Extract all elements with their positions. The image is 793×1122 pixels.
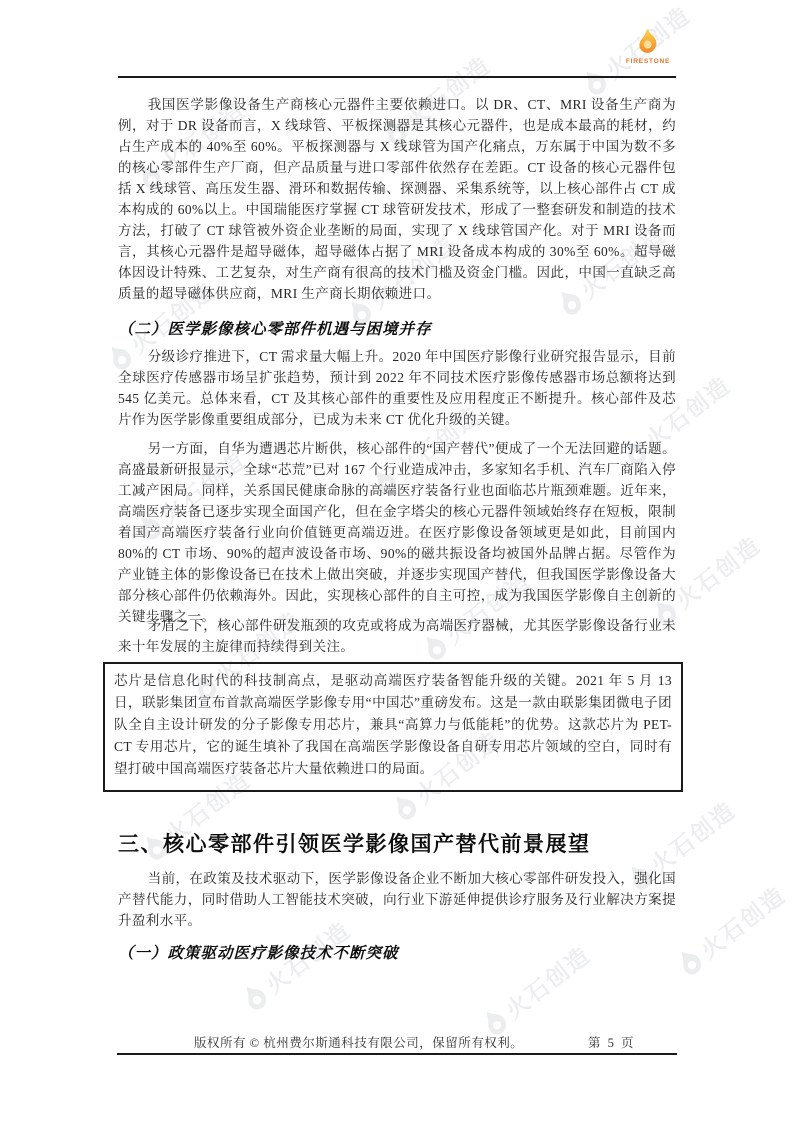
watermark: 火石创造 <box>670 878 792 983</box>
copyright-text: 版权所有 © 杭州费尔斯通科技有限公司，保留所有权利。 <box>194 1033 523 1051</box>
paragraph-imports: 我国医学影像设备生产商核心元器件主要依赖进口。以 DR、CT、MRI 设备生产商… <box>118 94 676 304</box>
watermark-flame-icon <box>387 788 426 828</box>
watermark-text: 火石创造 <box>693 878 792 966</box>
watermark-flame-icon <box>237 978 276 1018</box>
paragraph-text: 我国医学影像设备生产商核心元器件主要依赖进口。以 DR、CT、MRI 设备生产商… <box>118 94 676 304</box>
section-heading-1: （一）政策驱动医疗影像技术不断突破 <box>118 941 676 963</box>
section-heading-2: （二）医学影像核心零部件机遇与困境并存 <box>118 317 676 339</box>
header-rule <box>118 76 676 78</box>
flame-icon <box>637 28 659 57</box>
chapter-heading-3: 三、核心零部件引领医学影像国产替代前景展望 <box>118 828 676 858</box>
watermark-flame-icon <box>672 943 711 983</box>
paragraph-ct-demand: 分级诊疗推进下，CT 需求量大幅上升。2020 年中国医疗影像行业研究报告显示，… <box>118 346 676 430</box>
firestone-logo: FIRESTONE <box>624 28 672 65</box>
footer: 版权所有 © 杭州费尔斯通科技有限公司，保留所有权利。 第 5 页 <box>118 1033 678 1053</box>
document-page: 火石创造火石创造火石创造火石创造火石创造火石创造火石创造火石创造火石创造火石创造… <box>0 0 793 1122</box>
footer-rule <box>117 1053 677 1055</box>
brand-name: FIRESTONE <box>624 58 672 65</box>
page-number: 第 5 页 <box>588 1033 636 1051</box>
paragraph-outlook: 当前，在政策及技术驱动下，医学影像设备企业不断加大核心零部件研发投入，强化国产替… <box>118 868 676 931</box>
paragraph-chip-shortage: 另一方面，自华为遭遇芯片断供，核心部件的“国产替代”便成了一个无法回避的话题。高… <box>118 438 676 627</box>
watermark-text: 火石创造 <box>668 528 767 616</box>
callout-box-china-chip: 芯片是信息化时代的科技制高点，是驱动高端医疗装备智能升级的关键。2021 年 5… <box>103 662 683 792</box>
paragraph-contradiction: 矛盾之下，核心部件研发瓶颈的攻克或将成为高端医疗器械，尤其医学影像设备行业未来十… <box>118 615 676 657</box>
callout-text: 芯片是信息化时代的科技制高点，是驱动高端医疗装备智能升级的关键。2021 年 5… <box>114 670 672 780</box>
